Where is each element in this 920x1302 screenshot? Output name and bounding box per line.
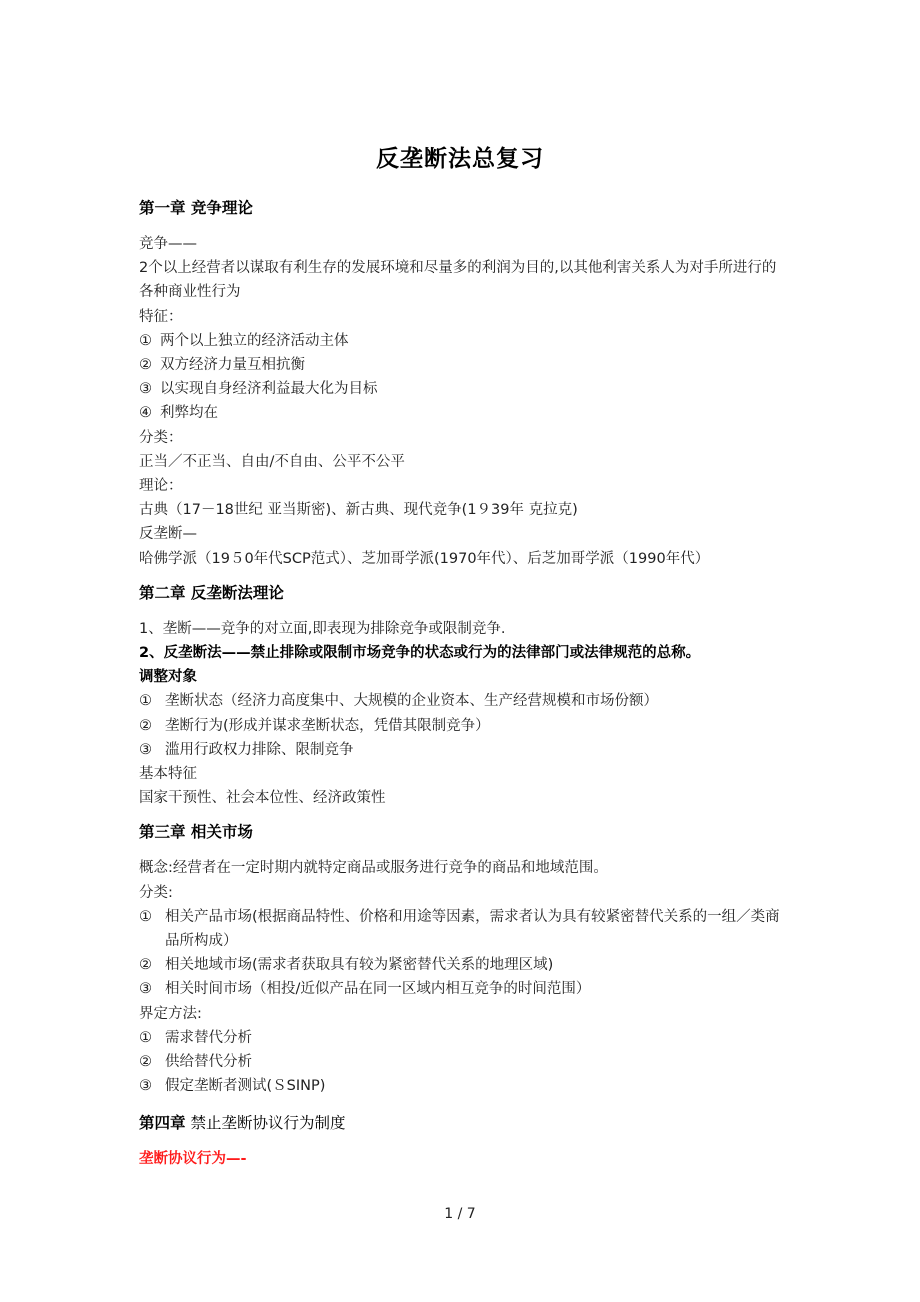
chapter-4: 第四章 禁止垄断协议行为制度 垄断协议行为—- — [139, 1111, 789, 1171]
classification-text: 正当／不正当、自由/不自由、公平不公平 — [139, 450, 789, 474]
chapter-1: 第一章 竞争理论 竞争—— 2个以上经营者以谋取有利生存的发展环境和尽量多的利润… — [139, 196, 789, 571]
schools-text: 哈佛学派（19５0年代SCP范式）、芝加哥学派(1970年代）、后芝加哥学派（1… — [139, 547, 789, 571]
subject-text: 垄断行为(形成并谋求垄断状态，凭借其限制竞争） — [165, 714, 789, 738]
feature-text: 以实现自身经济利益最大化为目标 — [160, 377, 789, 401]
basic-features-text: 国家干预性、社会本位性、经济政策性 — [139, 786, 789, 810]
monopoly-definition: 1、垄断——竞争的对立面,即表现为排除竞争或限制竞争. — [139, 617, 789, 641]
subject-item: ① 垄断状态（经济力高度集中、大规模的企业资本、生产经营规模和市场份额） — [139, 689, 789, 713]
document-title: 反垄断法总复习 — [0, 140, 920, 173]
method-item: ① 需求替代分析 — [139, 1026, 789, 1050]
theory-text: 古典（17－18世纪 亚当斯密)、新古典、现代竞争(1９39年 克拉克) — [139, 498, 789, 522]
category-item: ③ 相关时间市场（相投/近似产品在同一区域内相互竞争的时间范围） — [139, 977, 789, 1001]
list-marker: ② — [139, 1050, 165, 1074]
feature-item: ③ 以实现自身经济利益最大化为目标 — [139, 377, 789, 401]
list-marker: ③ — [139, 377, 160, 401]
feature-item: ① 两个以上独立的经济活动主体 — [139, 329, 789, 353]
categories-label: 分类: — [139, 881, 789, 905]
list-marker: ② — [139, 353, 160, 377]
chapter-2: 第二章 反垄断法理论 1、垄断——竞争的对立面,即表现为排除竞争或限制竞争. 2… — [139, 581, 789, 811]
method-text: 供给替代分析 — [165, 1050, 789, 1074]
method-text: 需求替代分析 — [165, 1026, 789, 1050]
chapter-2-heading: 第二章 反垄断法理论 — [139, 581, 789, 605]
list-marker: ③ — [139, 977, 165, 1001]
page-indicator: 1 / 7 — [0, 1206, 920, 1222]
subject-item: ③ 滥用行政权力排除、限制竞争 — [139, 738, 789, 762]
chapter-4-title: 禁止垄断协议行为制度 — [186, 1114, 346, 1132]
subject-text: 垄断状态（经济力高度集中、大规模的企业资本、生产经营规模和市场份额） — [165, 689, 789, 713]
monopoly-agreement-label: 垄断协议行为—- — [139, 1147, 789, 1171]
list-marker: ① — [139, 1026, 165, 1050]
category-item: ② 相关地域市场(需求者获取具有较为紧密替代关系的地理区域) — [139, 953, 789, 977]
basic-features-label: 基本特征 — [139, 762, 789, 786]
method-item: ③ 假定垄断者测试(ＳSINP) — [139, 1074, 789, 1098]
feature-text: 双方经济力量互相抗衡 — [160, 353, 789, 377]
feature-item: ② 双方经济力量互相抗衡 — [139, 353, 789, 377]
competition-definition: 2个以上经营者以谋取有利生存的发展环境和尽量多的利润为目的,以其他利害关系人为对… — [139, 256, 789, 304]
list-marker: ② — [139, 714, 165, 738]
classification-label: 分类： — [139, 426, 789, 450]
chapter-4-heading: 第四章 禁止垄断协议行为制度 — [139, 1111, 789, 1135]
document-body: 第一章 竞争理论 竞争—— 2个以上经营者以谋取有利生存的发展环境和尽量多的利润… — [139, 196, 789, 1171]
subject-text: 滥用行政权力排除、限制竞争 — [165, 738, 789, 762]
list-marker: ① — [139, 689, 165, 713]
competition-term: 竞争—— — [139, 232, 789, 256]
chapter-3: 第三章 相关市场 概念:经营者在一定时期内就特定商品或服务进行竞争的商品和地域范… — [139, 820, 789, 1098]
list-marker: ① — [139, 905, 165, 953]
method-item: ② 供给替代分析 — [139, 1050, 789, 1074]
list-marker: ③ — [139, 738, 165, 762]
chapter-3-heading: 第三章 相关市场 — [139, 820, 789, 844]
list-marker: ④ — [139, 401, 160, 425]
category-text: 相关时间市场（相投/近似产品在同一区域内相互竞争的时间范围） — [165, 977, 789, 1001]
features-label: 特征： — [139, 305, 789, 329]
list-marker: ② — [139, 953, 165, 977]
feature-item: ④ 利弊均在 — [139, 401, 789, 425]
concept-text: 概念:经营者在一定时期内就特定商品或服务进行竞争的商品和地域范围。 — [139, 856, 789, 880]
regulation-subject-label: 调整对象 — [139, 665, 789, 689]
spacer — [139, 810, 789, 820]
subject-item: ② 垄断行为(形成并谋求垄断状态，凭借其限制竞争） — [139, 714, 789, 738]
document-page: 反垄断法总复习 第一章 竞争理论 竞争—— 2个以上经营者以谋取有利生存的发展环… — [0, 0, 920, 1302]
antimonopoly-label: 反垄断— — [139, 522, 789, 546]
category-text: 相关地域市场(需求者获取具有较为紧密替代关系的地理区域) — [165, 953, 789, 977]
spacer — [139, 571, 789, 581]
antimonopoly-law-definition: 2、反垄断法——禁止排除或限制市场竞争的状态或行为的法律部门或法律规范的总称。 — [139, 641, 789, 665]
list-marker: ③ — [139, 1074, 165, 1098]
methods-label: 界定方法: — [139, 1002, 789, 1026]
feature-text: 两个以上独立的经济活动主体 — [160, 329, 789, 353]
chapter-4-number: 第四章 — [139, 1114, 186, 1132]
category-item: ① 相关产品市场(根据商品特性、价格和用途等因素，需求者认为具有较紧密替代关系的… — [139, 905, 789, 953]
spacer — [139, 1099, 789, 1111]
list-marker: ① — [139, 329, 160, 353]
feature-text: 利弊均在 — [160, 401, 789, 425]
theory-label: 理论： — [139, 474, 789, 498]
category-text: 相关产品市场(根据商品特性、价格和用途等因素，需求者认为具有较紧密替代关系的一组… — [165, 905, 789, 953]
method-text: 假定垄断者测试(ＳSINP) — [165, 1074, 789, 1098]
chapter-1-heading: 第一章 竞争理论 — [139, 196, 789, 220]
